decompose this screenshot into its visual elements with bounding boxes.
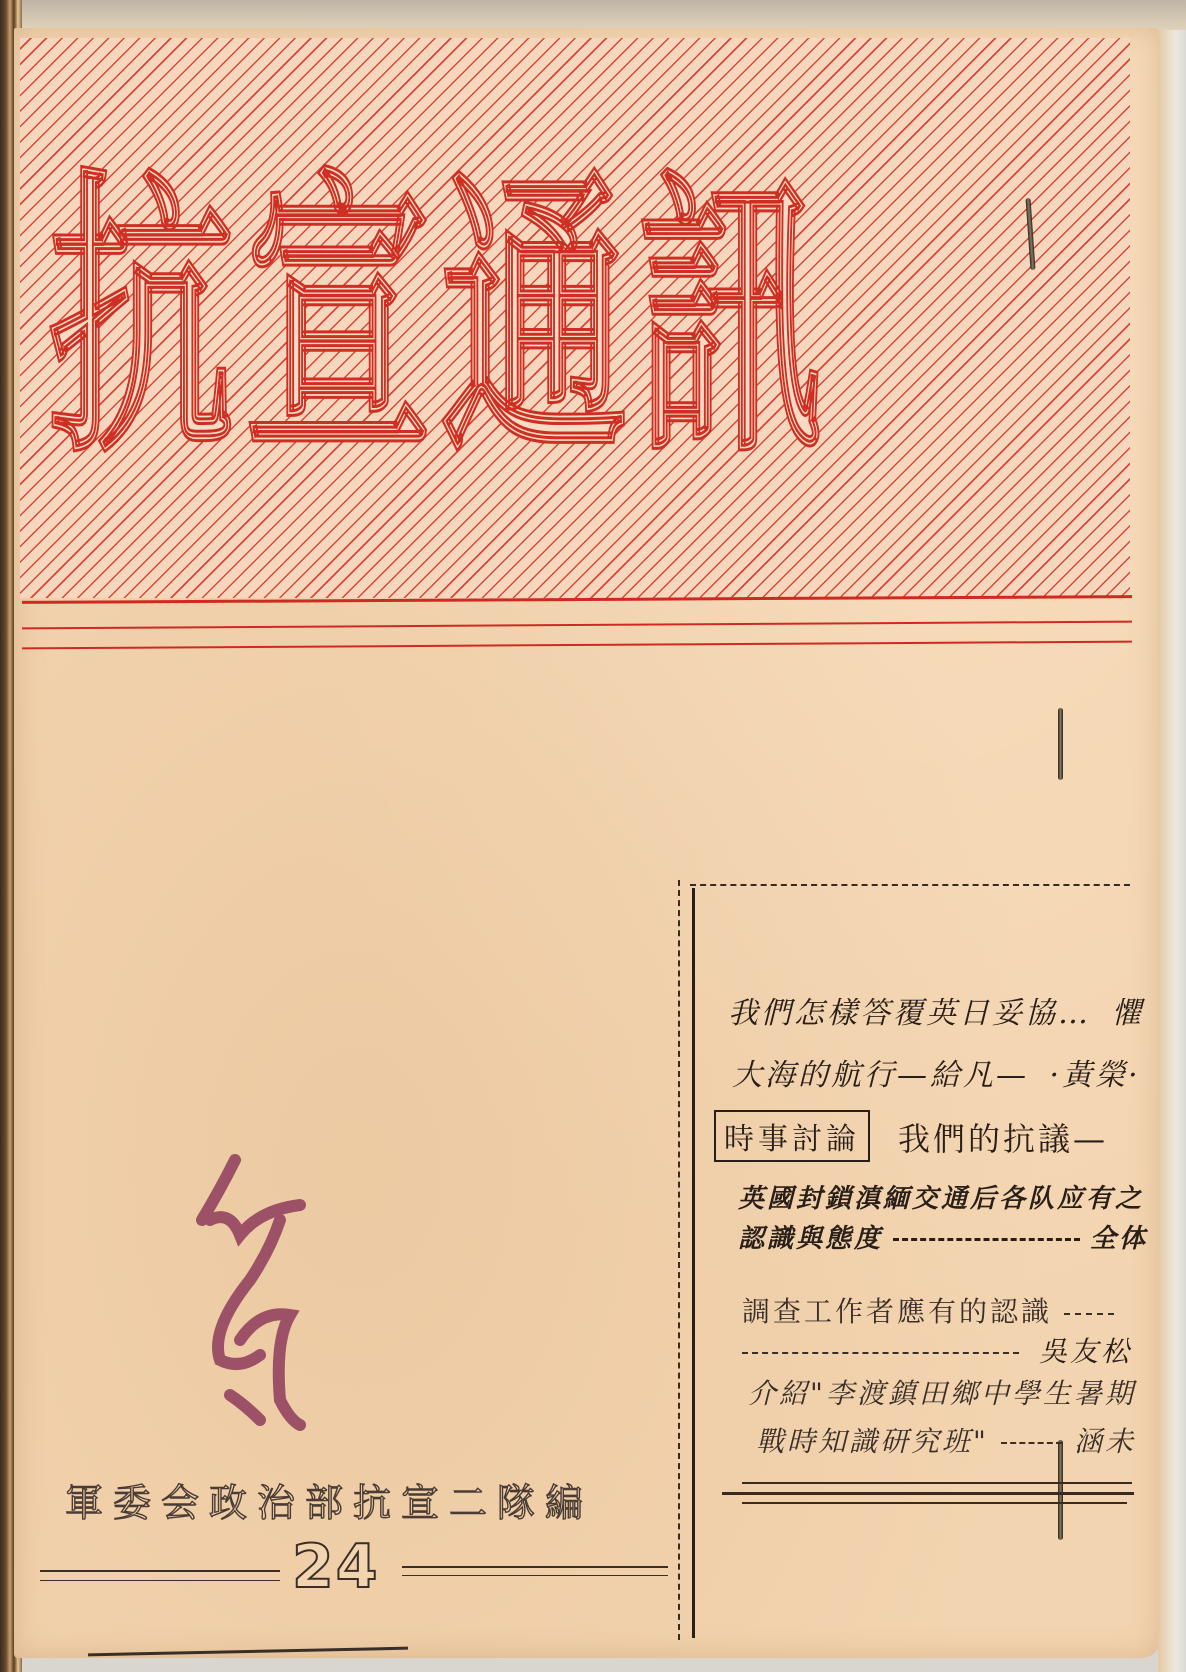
issue-rule-right-2 <box>402 1575 668 1576</box>
toc-item-6-title: 介紹"李渡鎮田鄉中學生暑期 <box>748 1377 1136 1410</box>
toc-item-6: 介紹"李渡鎮田鄉中學生暑期 <box>748 1372 1136 1412</box>
toc-leader <box>893 1218 1080 1241</box>
masthead-title: 抗 宣 通 訊 <box>48 110 828 530</box>
toc-left-border-inner <box>692 888 695 1638</box>
toc-item-4-author: 全体 <box>1090 1218 1148 1255</box>
toc-left-border <box>678 880 680 1640</box>
toc-item-4: 英國封鎖滇緬交通后各队应有之 <box>738 1178 1144 1215</box>
issue-rule-right <box>402 1566 668 1568</box>
toc-item-1: 我們怎樣答覆英日妥協… 懼 <box>728 988 1145 1032</box>
toc-item-4-title: 英國封鎖滇緬交通后各队应有之 <box>738 1184 1144 1214</box>
toc-leader <box>742 1330 1019 1354</box>
staple-middle <box>1058 708 1063 780</box>
toc-bottom-rule-3 <box>742 1502 1127 1504</box>
toc-item-2: 大海的航行—給凡— ·黃榮· <box>732 1050 1141 1094</box>
toc-item-6-title-line2: 戰時知識研究班" <box>756 1420 989 1460</box>
toc-item-6-author: 涵未 <box>1074 1420 1136 1460</box>
toc-item-5-author: 吳友松 <box>1039 1330 1132 1370</box>
section-label-current-affairs: 時事討論 <box>714 1110 870 1162</box>
toc-leader <box>1064 1313 1114 1315</box>
toc-item-6-cont: 戰時知識研究班" 涵未 <box>756 1420 1136 1460</box>
background-top-strip <box>22 0 1186 30</box>
page-right-edge <box>1158 30 1186 1672</box>
title-char-3: 通 <box>441 170 559 470</box>
toc-item-3: 我們的抗議— <box>898 1114 1108 1160</box>
toc-item-5: 調查工作者應有的認識 <box>742 1290 1114 1330</box>
title-char-2: 宣 <box>245 170 363 470</box>
toc-item-3-title: 我們的抗議— <box>898 1120 1108 1158</box>
issue-number: 24 <box>292 1532 380 1602</box>
issue-rule-left <box>40 1570 280 1572</box>
toc-item-2-title: 大海的航行—給凡— <box>732 1058 1029 1093</box>
publisher-credit: 軍委会政治部抗宣二隊編 <box>65 1472 593 1527</box>
toc-item-4-cont: 認識與態度 全体 <box>738 1218 1148 1255</box>
seal-stamp <box>180 1140 340 1440</box>
toc-item-4-title-line2: 認識與態度 <box>738 1218 883 1255</box>
toc-bottom-rule-2 <box>722 1492 1134 1495</box>
toc-item-1-author: 懼 <box>1112 996 1145 1031</box>
toc-top-border <box>690 884 1130 886</box>
toc-leader <box>1001 1420 1062 1444</box>
toc-bottom-rule-1 <box>742 1482 1132 1484</box>
issue-rule-left-2 <box>40 1580 280 1581</box>
toc-item-5-cont: 吳友松 <box>742 1330 1132 1370</box>
toc-item-2-author: ·黃榮· <box>1050 1058 1141 1093</box>
title-char-4: 訊 <box>638 170 756 470</box>
toc-item-5-title: 調查工作者應有的認識 <box>742 1295 1052 1328</box>
toc-item-1-title: 我們怎樣答覆英日妥協… <box>728 996 1091 1031</box>
title-char-1: 抗 <box>48 170 166 470</box>
